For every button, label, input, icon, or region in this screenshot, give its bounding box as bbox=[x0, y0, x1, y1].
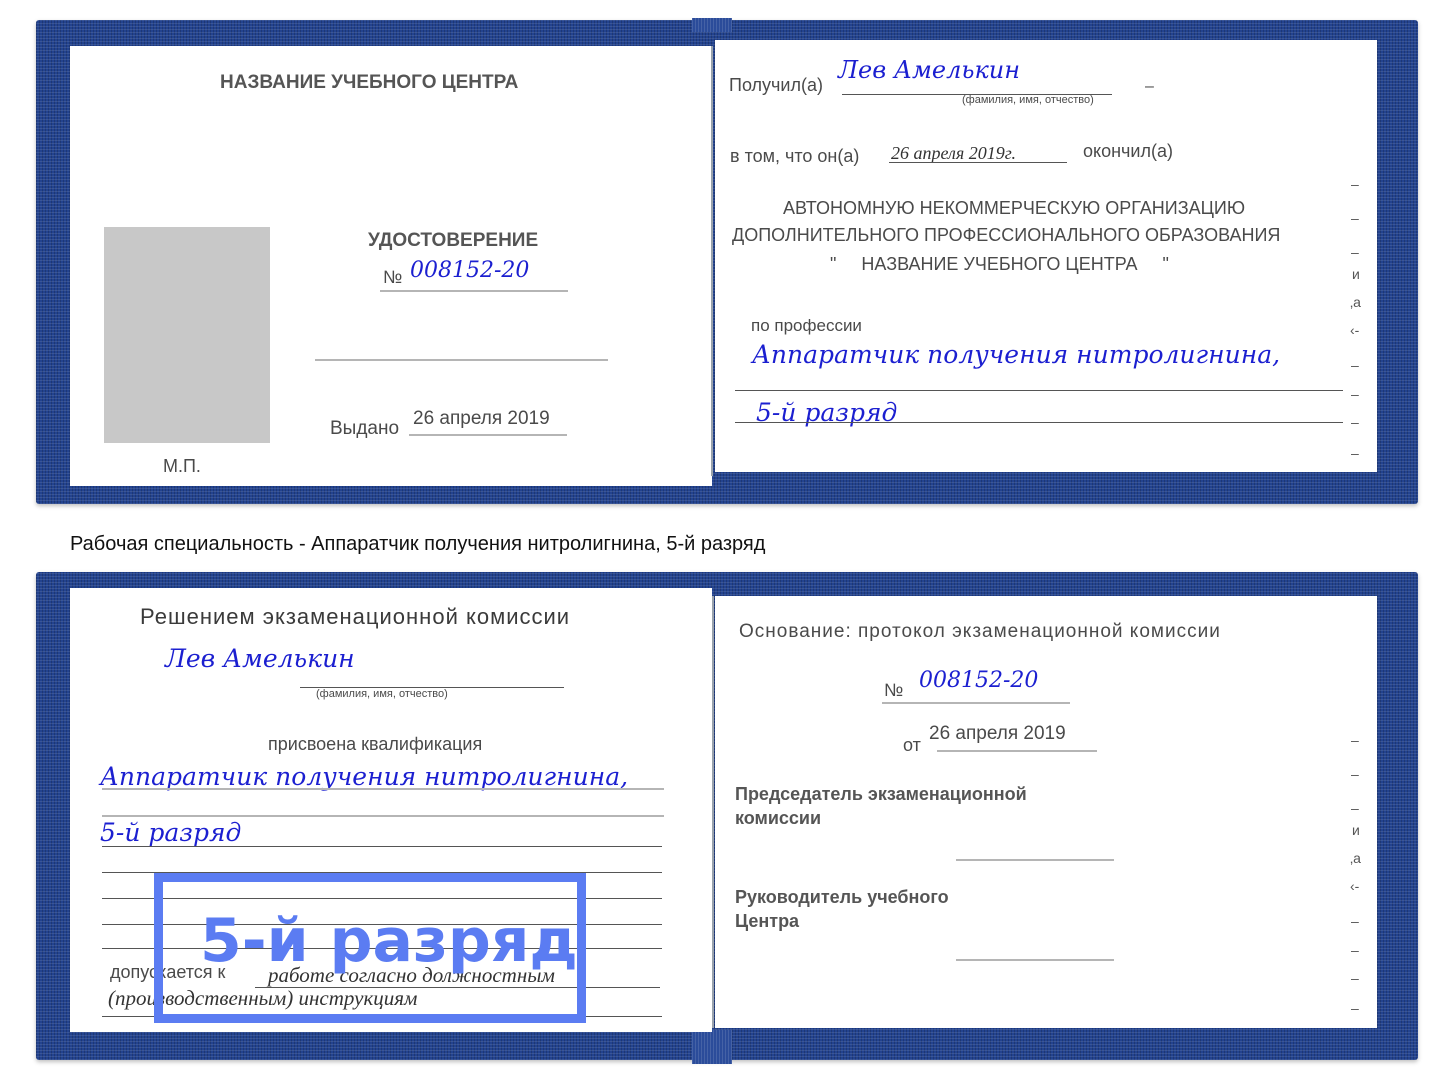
issued-date: 26 апреля 2019 bbox=[413, 408, 550, 430]
spine-bottom bbox=[692, 1030, 732, 1064]
protocol-date-underline bbox=[937, 750, 1097, 752]
qualification-line-1: Аппаратчик получения нитролигнина, bbox=[100, 762, 628, 791]
certificate-number: 008152-20 bbox=[410, 258, 529, 283]
photo-placeholder bbox=[104, 227, 270, 443]
completion-underline bbox=[889, 162, 1067, 163]
issued-label: Выдано bbox=[330, 418, 399, 440]
page-fold bbox=[711, 46, 713, 476]
profession-underline-2 bbox=[735, 422, 1343, 423]
specialty-caption: Рабочая специальность - Аппаратчик получ… bbox=[70, 533, 765, 556]
org-line-1: АВТОНОМНУЮ НЕКОММЕРЧЕСКУЮ ОРГАНИЗАЦИЮ bbox=[783, 198, 1245, 219]
qualification-line-2: 5-й разряд bbox=[100, 818, 241, 847]
that-label: в том, что он(а) bbox=[730, 146, 859, 167]
qualification-underline-2 bbox=[102, 815, 664, 817]
signature-line bbox=[315, 359, 608, 361]
spine-top bbox=[692, 18, 732, 32]
decision-title: Решением экзаменационной комиссии bbox=[140, 604, 570, 630]
completion-date: 26 апреля 2019г. bbox=[891, 143, 1016, 164]
number-underline bbox=[380, 290, 568, 292]
page-fold-2 bbox=[712, 596, 714, 1028]
chairman-signature-line bbox=[956, 859, 1114, 861]
protocol-number-underline bbox=[882, 702, 1070, 704]
basis-title: Основание: протокол экзаменационной коми… bbox=[739, 621, 1221, 643]
name-hint-2: (фамилия, имя, отчество) bbox=[316, 688, 448, 700]
graduate-name: Лев Амелькин bbox=[165, 644, 355, 673]
head-signature-line bbox=[956, 959, 1114, 961]
seal-label: М.П. bbox=[163, 456, 201, 477]
name-hint: (фамилия, имя, отчество) bbox=[962, 94, 1094, 106]
profession-underline-1 bbox=[735, 390, 1343, 391]
grade-stamp-text: 5-й разряд bbox=[200, 906, 578, 976]
protocol-number: 008152-20 bbox=[919, 668, 1038, 693]
org-line-3: " НАЗВАНИЕ УЧЕБНОГО ЦЕНТРА " bbox=[830, 254, 1169, 275]
chairman-label-1: Председатель экзаменационной bbox=[735, 784, 1027, 805]
head-label-2: Центра bbox=[735, 911, 799, 932]
qualification-label: присвоена квалификация bbox=[268, 734, 482, 755]
qualification-underline-1 bbox=[102, 788, 664, 790]
training-center-name: НАЗВАНИЕ УЧЕБНОГО ЦЕНТРА bbox=[220, 72, 518, 94]
recipient-dash: – bbox=[1145, 78, 1154, 96]
rule-1 bbox=[102, 846, 662, 847]
received-label: Получил(а) bbox=[729, 75, 823, 96]
profession-label: по профессии bbox=[751, 316, 862, 336]
document-title: УДОСТОВЕРЕНИЕ bbox=[368, 230, 538, 252]
protocol-number-label: № bbox=[884, 680, 903, 701]
head-label-1: Руководитель учебного bbox=[735, 887, 949, 908]
issued-underline bbox=[409, 434, 567, 436]
protocol-date-label: от bbox=[903, 735, 921, 756]
recipient-name: Лев Амелькин bbox=[838, 56, 1020, 84]
chairman-label-2: комиссии bbox=[735, 808, 821, 829]
finished-label: окончил(а) bbox=[1083, 141, 1173, 162]
org-line-2: ДОПОЛНИТЕЛЬНОГО ПРОФЕССИОНАЛЬНОГО ОБРАЗО… bbox=[732, 225, 1280, 246]
profession-line-1: Аппаратчик получения нитролигнина, bbox=[752, 340, 1280, 369]
number-label: № bbox=[383, 267, 402, 288]
protocol-date: 26 апреля 2019 bbox=[929, 723, 1066, 745]
